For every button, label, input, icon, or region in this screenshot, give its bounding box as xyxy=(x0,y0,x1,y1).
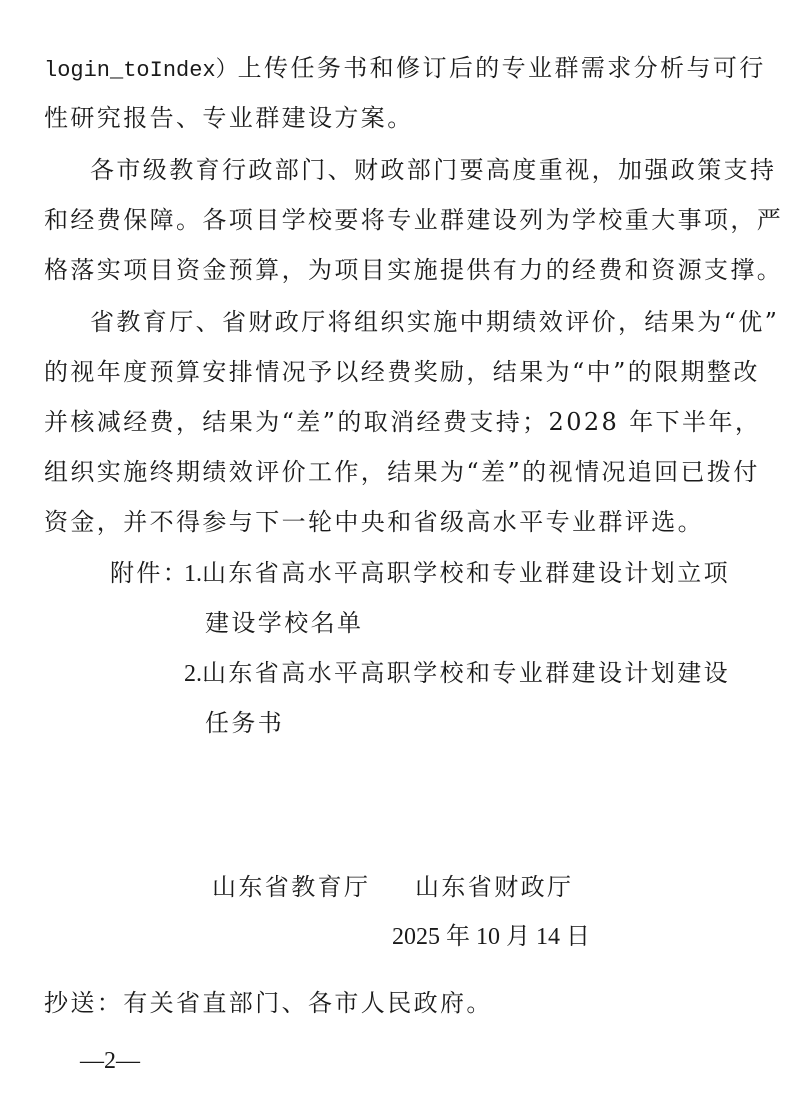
attachment-item-1: 1.山东省高水平高职学校和专业群建设计划立项 xyxy=(184,558,730,589)
attachments-label: 附件： xyxy=(110,558,189,588)
body-line: 组织实施终期绩效评价工作，结果为“差”的视情况追回已拨付 xyxy=(44,457,760,487)
cc-recipients: 有关省直部门、各市人民政府。 xyxy=(123,989,493,1017)
attachment-item-2-cont: 任务书 xyxy=(205,708,284,738)
issue-date: 2025 年 10 月 14 日 xyxy=(392,922,590,952)
body-line: 格落实项目资金预算，为项目实施提供有力的经费和资源支撑。 xyxy=(44,255,783,285)
body-line: 性研究报告、专业群建设方案。 xyxy=(44,103,414,133)
body-line: 并核减经费，结果为“差”的取消经费支持；2028 年下半年， xyxy=(44,407,761,437)
issuer-education-dept: 山东省教育厅 xyxy=(212,872,370,902)
body-line: login_toIndex）上传任务书和修订后的专业群需求分析与可行 xyxy=(44,53,766,86)
body-line: 和经费保障。各项目学校要将专业群建设列为学校重大事项，严 xyxy=(44,205,783,235)
attachment-item-2: 2.山东省高水平高职学校和专业群建设计划建设 xyxy=(184,658,730,689)
body-line: 的视年度预算安排情况予以经费奖励，结果为“中”的限期整改 xyxy=(44,357,760,387)
issuer-finance-dept: 山东省财政厅 xyxy=(415,872,573,902)
cc-label: 抄送： xyxy=(44,989,123,1017)
body-line: 资金，并不得参与下一轮中央和省级高水平专业群评选。 xyxy=(44,507,704,537)
attachment-item-1-cont: 建设学校名单 xyxy=(205,608,363,638)
url-fragment: login_toIndex） xyxy=(44,58,238,83)
body-line: 省教育厅、省财政厅将组织实施中期绩效评价，结果为“优” xyxy=(90,307,779,337)
cc-line: 抄送：有关省直部门、各市人民政府。 xyxy=(44,988,493,1018)
page-number: —2— xyxy=(80,1046,140,1076)
body-line: 各市级教育行政部门、财政部门要高度重视，加强政策支持 xyxy=(90,155,776,185)
